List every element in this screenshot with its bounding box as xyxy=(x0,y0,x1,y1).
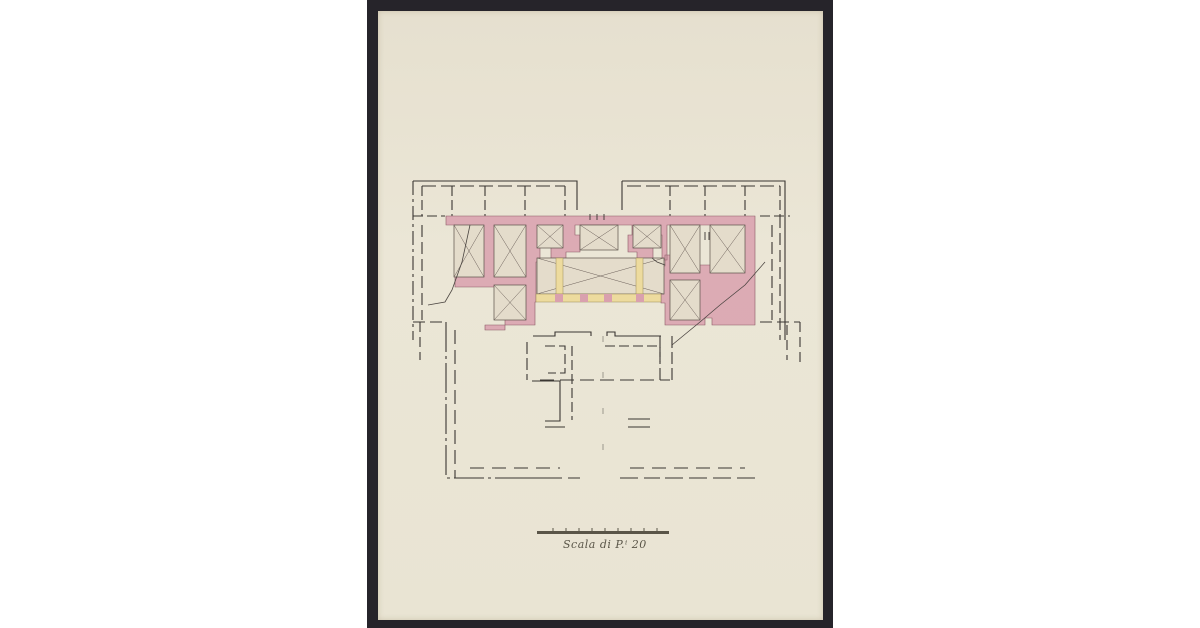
floor-plan-drawing xyxy=(0,0,1200,628)
scale-bar xyxy=(537,528,669,534)
scale-label: Scala di P.ⁱ 20 xyxy=(563,538,647,551)
